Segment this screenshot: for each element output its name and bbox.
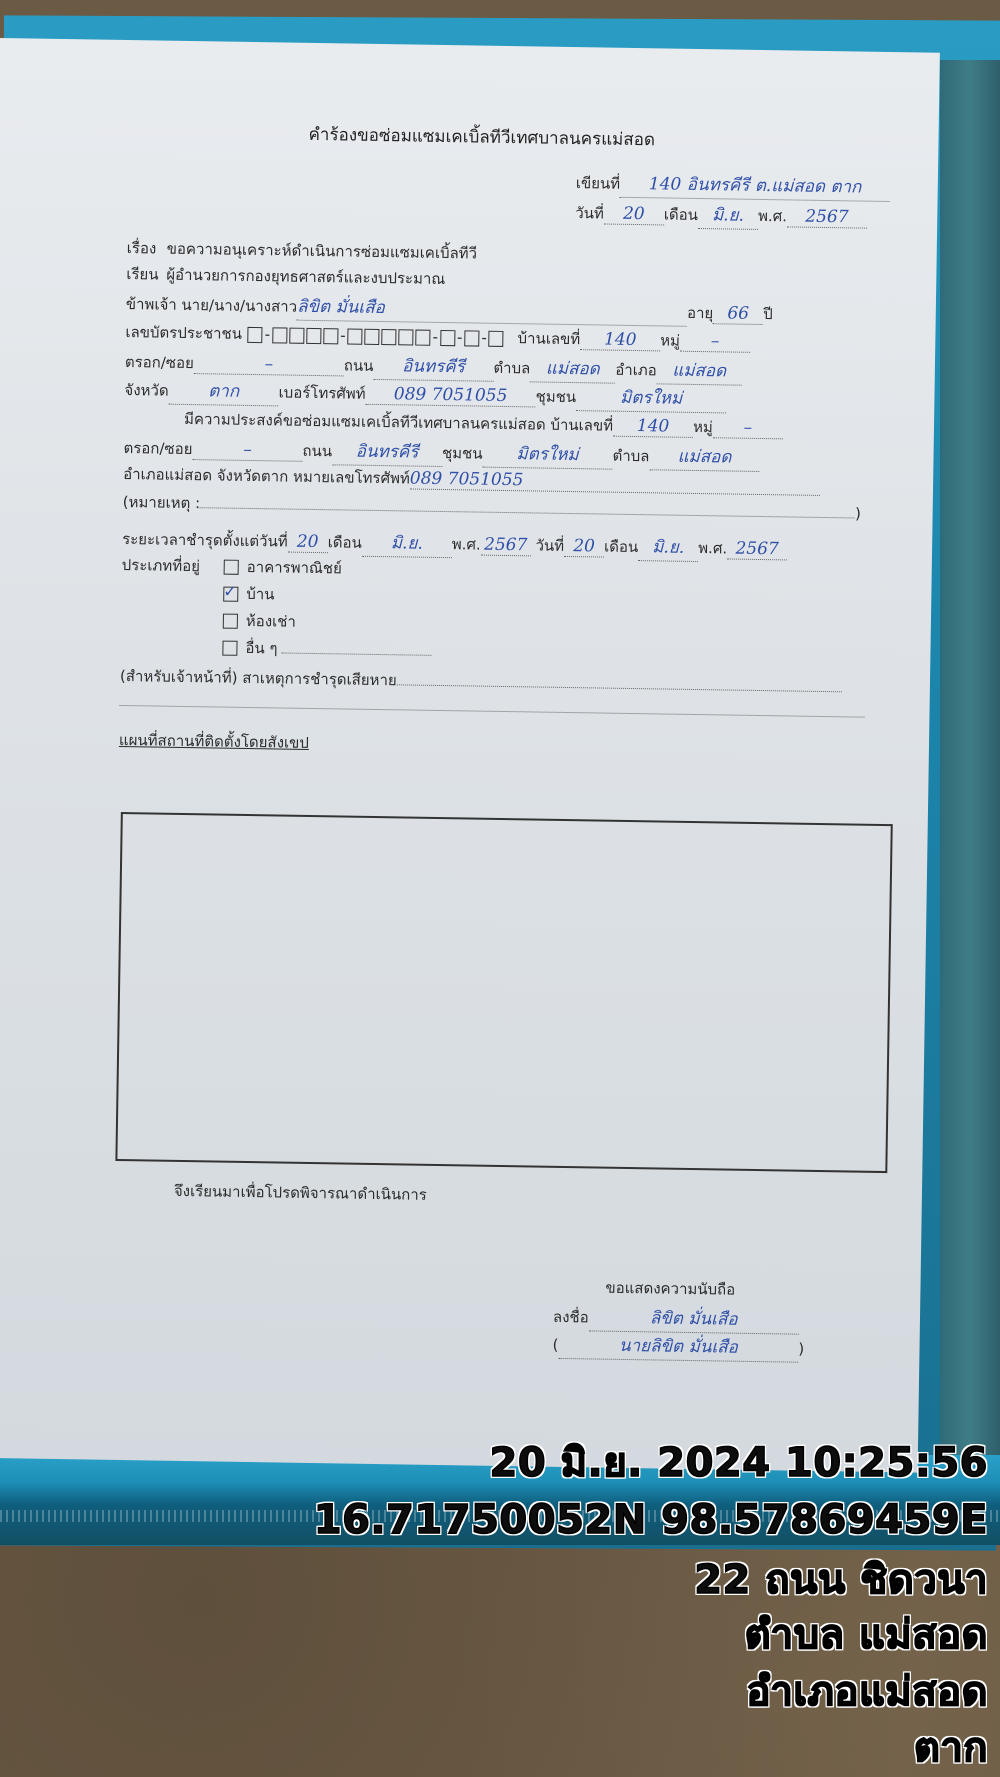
subject-row: เรื่องขอความอนุเคราะห์ดำเนินการซ่อมแซมเค… bbox=[127, 236, 478, 266]
request-moo-value[interactable]: – bbox=[713, 417, 783, 439]
note-label: (หมายเหตุ : bbox=[123, 493, 201, 512]
stamp-coordinates: 16.71750052N 98.57869459E bbox=[314, 1500, 988, 1540]
checkbox-commercial[interactable] bbox=[224, 560, 239, 575]
map-title: แผนที่สถานที่ติดตั้งโดยสังเขป bbox=[119, 728, 309, 755]
stamp-address-line4: ตาก bbox=[914, 1728, 988, 1768]
subdistrict-value[interactable]: แม่สอด bbox=[530, 354, 615, 383]
officer-field[interactable] bbox=[397, 672, 842, 692]
request-community-label: ชุมชน bbox=[442, 441, 483, 466]
date-label: วันที่ bbox=[575, 201, 604, 225]
residence-option-house[interactable]: บ้าน bbox=[223, 582, 275, 607]
road-value[interactable]: อินทรคีรี bbox=[373, 352, 493, 382]
option-label-house: บ้าน bbox=[246, 585, 274, 603]
checkbox-rental[interactable] bbox=[223, 614, 238, 629]
written-at-value[interactable]: 140 อินทรคีรี ต.แม่สอด ตาก bbox=[620, 170, 890, 202]
period-from-year-label: พ.ศ. bbox=[452, 535, 481, 553]
stamp-address-line1: 22 ถนน ชิดวนา bbox=[694, 1560, 988, 1600]
period-from-year[interactable]: 2567 bbox=[481, 535, 531, 557]
form-title: คำร้องขอซ่อมแซมเคเบิ้ลทีวีเทศบาลนครแม่สอ… bbox=[308, 121, 655, 153]
period-to-year-label: พ.ศ. bbox=[698, 539, 727, 557]
to-label: เรียน bbox=[126, 262, 166, 287]
subdistrict-label: ตำบล bbox=[493, 356, 530, 381]
period-from-month[interactable]: มิ.ย. bbox=[362, 529, 452, 558]
house-no-value[interactable]: 140 bbox=[580, 329, 660, 351]
subject-text: ขอความอนุเคราะห์ดำเนินการซ่อมแซมเคเบิ้ลท… bbox=[167, 240, 478, 263]
request-text: มีความประสงค์ขอซ่อมแซมเคเบิ้ลทีวีเทศบาลน… bbox=[184, 410, 613, 435]
province-label: จังหวัด bbox=[124, 378, 169, 403]
district-value[interactable]: แม่สอด bbox=[657, 356, 742, 385]
month-label: เดือน bbox=[664, 202, 699, 227]
option-label-other: อื่น ๆ bbox=[245, 639, 277, 658]
other-field[interactable] bbox=[281, 640, 431, 655]
signature[interactable]: ลิขิต มั่นเสือ bbox=[588, 1303, 798, 1334]
stamp-address-line3: อำเภอแม่สอด bbox=[746, 1672, 988, 1712]
request-subdistrict-label: ตำบล bbox=[612, 444, 649, 469]
applicant-label: ข้าพเจ้า นาย/นาง/นางสาว bbox=[126, 292, 298, 319]
request-moo-label: หมู่ bbox=[693, 415, 713, 439]
request-alley-value[interactable]: – bbox=[192, 439, 302, 462]
applicant-name[interactable]: ลิขิต มั่นเสือ bbox=[297, 293, 687, 327]
house-no-label: บ้านเลขที่ bbox=[517, 326, 580, 351]
request-road-label: ถนน bbox=[302, 439, 332, 463]
residence-type-label: ประเภทที่อยู่ bbox=[122, 553, 201, 578]
road-label: ถนน bbox=[344, 353, 374, 377]
request-community-value[interactable]: มิตรใหม่ bbox=[482, 440, 612, 470]
note-field[interactable] bbox=[200, 493, 855, 518]
period-to-day[interactable]: 20 bbox=[564, 536, 604, 558]
to-row: เรียนผู้อำนวยการกองยุทธศาสตร์และงบประมาณ bbox=[126, 262, 445, 291]
id-label: เลขบัตรประชาชน bbox=[125, 320, 242, 346]
alley-label: ตรอก/ซอย bbox=[125, 350, 194, 375]
residence-option-other[interactable]: อื่น ๆ bbox=[222, 636, 431, 663]
written-at-row: เขียนที่140 อินทรคีรี ต.แม่สอด ตาก bbox=[576, 169, 891, 202]
closing-text: จึงเรียนมาเพื่อโปรดพิจารณาดำเนินการ bbox=[174, 1179, 427, 1207]
community-value[interactable]: มิตรใหม่ bbox=[576, 383, 726, 413]
period-to-month-label: เดือน bbox=[604, 538, 638, 557]
province-value[interactable]: ตาก bbox=[168, 377, 278, 407]
alley-value[interactable]: – bbox=[194, 353, 344, 376]
printed-name-row: (นายลิขิต มั่นเสือ) bbox=[552, 1331, 804, 1363]
period-to-label: วันที่ bbox=[535, 536, 564, 554]
checkbox-other[interactable] bbox=[222, 641, 237, 656]
age-label: อายุ bbox=[687, 301, 714, 325]
sign-label: ลงชื่อ bbox=[553, 1308, 589, 1327]
period-from-month-label: เดือน bbox=[328, 533, 362, 552]
date-month[interactable]: มิ.ย. bbox=[698, 201, 758, 230]
request-subdistrict-value[interactable]: แม่สอด bbox=[649, 442, 759, 472]
district-label: อำเภอ bbox=[615, 358, 657, 383]
age-value[interactable]: 66 bbox=[713, 303, 763, 325]
request-alley-label: ตรอก/ซอย bbox=[123, 436, 192, 461]
age-unit: ปี bbox=[763, 302, 773, 326]
year-label: พ.ศ. bbox=[758, 204, 787, 228]
date-year[interactable]: 2567 bbox=[787, 206, 867, 228]
printed-name-close: ) bbox=[798, 1340, 804, 1358]
moo-value[interactable]: – bbox=[680, 331, 750, 353]
phone-label: เบอร์โทรศัพท์ bbox=[278, 380, 365, 405]
request-house-no[interactable]: 140 bbox=[613, 416, 693, 438]
checkbox-house[interactable] bbox=[223, 587, 238, 602]
stamp-address-line2: ตำบล แม่สอด bbox=[745, 1615, 988, 1655]
residence-option-rental[interactable]: ห้องเช่า bbox=[223, 609, 296, 634]
regards-text: ขอแสดงความนับถือ bbox=[605, 1276, 735, 1302]
note-close: ) bbox=[855, 504, 861, 522]
officer-label: (สำหรับเจ้าหน้าที่) สาเหตุการชำรุดเสียหา… bbox=[120, 667, 397, 689]
stamp-datetime: 20 มิ.ย. 2024 10:25:56 bbox=[490, 1443, 988, 1483]
subject-label: เรื่อง bbox=[127, 236, 167, 261]
printed-name[interactable]: นายลิขิต มั่นเสือ bbox=[558, 1331, 798, 1363]
period-row: ระยะเวลาชำรุดตั้งแต่วันที่20เดือนมิ.ย.พ.… bbox=[122, 525, 787, 563]
request-form-paper: คำร้องขอซ่อมแซมเคเบิ้ลทีวีเทศบาลนครแม่สอ… bbox=[0, 38, 940, 1473]
residence-option-commercial[interactable]: อาคารพาณิชย์ bbox=[224, 555, 343, 581]
period-to-year[interactable]: 2567 bbox=[727, 538, 787, 560]
written-at-label: เขียนที่ bbox=[576, 171, 621, 196]
option-label-rental: ห้องเช่า bbox=[246, 612, 296, 631]
option-label-commercial: อาคารพาณิชย์ bbox=[247, 558, 342, 577]
period-from-day[interactable]: 20 bbox=[288, 532, 328, 554]
phone-value[interactable]: 089 7051055 bbox=[365, 384, 535, 408]
request-location-text: อำเภอแม่สอด จังหวัดตาก หมายเลขโทรศัพท์ bbox=[123, 465, 410, 488]
to-text: ผู้อำนวยการกองยุทธศาสตร์และงบประมาณ bbox=[166, 266, 445, 288]
folder-right-edge bbox=[940, 60, 1000, 1520]
date-row: วันที่20เดือนมิ.ย.พ.ศ.2567 bbox=[575, 199, 867, 232]
request-road-value[interactable]: อินทรคีรี bbox=[332, 437, 442, 467]
map-sketch-box[interactable] bbox=[115, 812, 892, 1173]
date-day[interactable]: 20 bbox=[604, 204, 664, 226]
request-phone-value[interactable]: 089 7051055 bbox=[410, 468, 820, 495]
moo-label: หมู่ bbox=[660, 328, 680, 352]
id-number-boxes[interactable]: ----- bbox=[247, 325, 510, 347]
community-label: ชุมชน bbox=[535, 384, 576, 409]
period-label: ระยะเวลาชำรุดตั้งแต่วันที่ bbox=[122, 530, 288, 551]
signature-row: ลงชื่อลิขิต มั่นเสือ bbox=[553, 1303, 799, 1335]
period-to-month[interactable]: มิ.ย. bbox=[638, 533, 698, 562]
